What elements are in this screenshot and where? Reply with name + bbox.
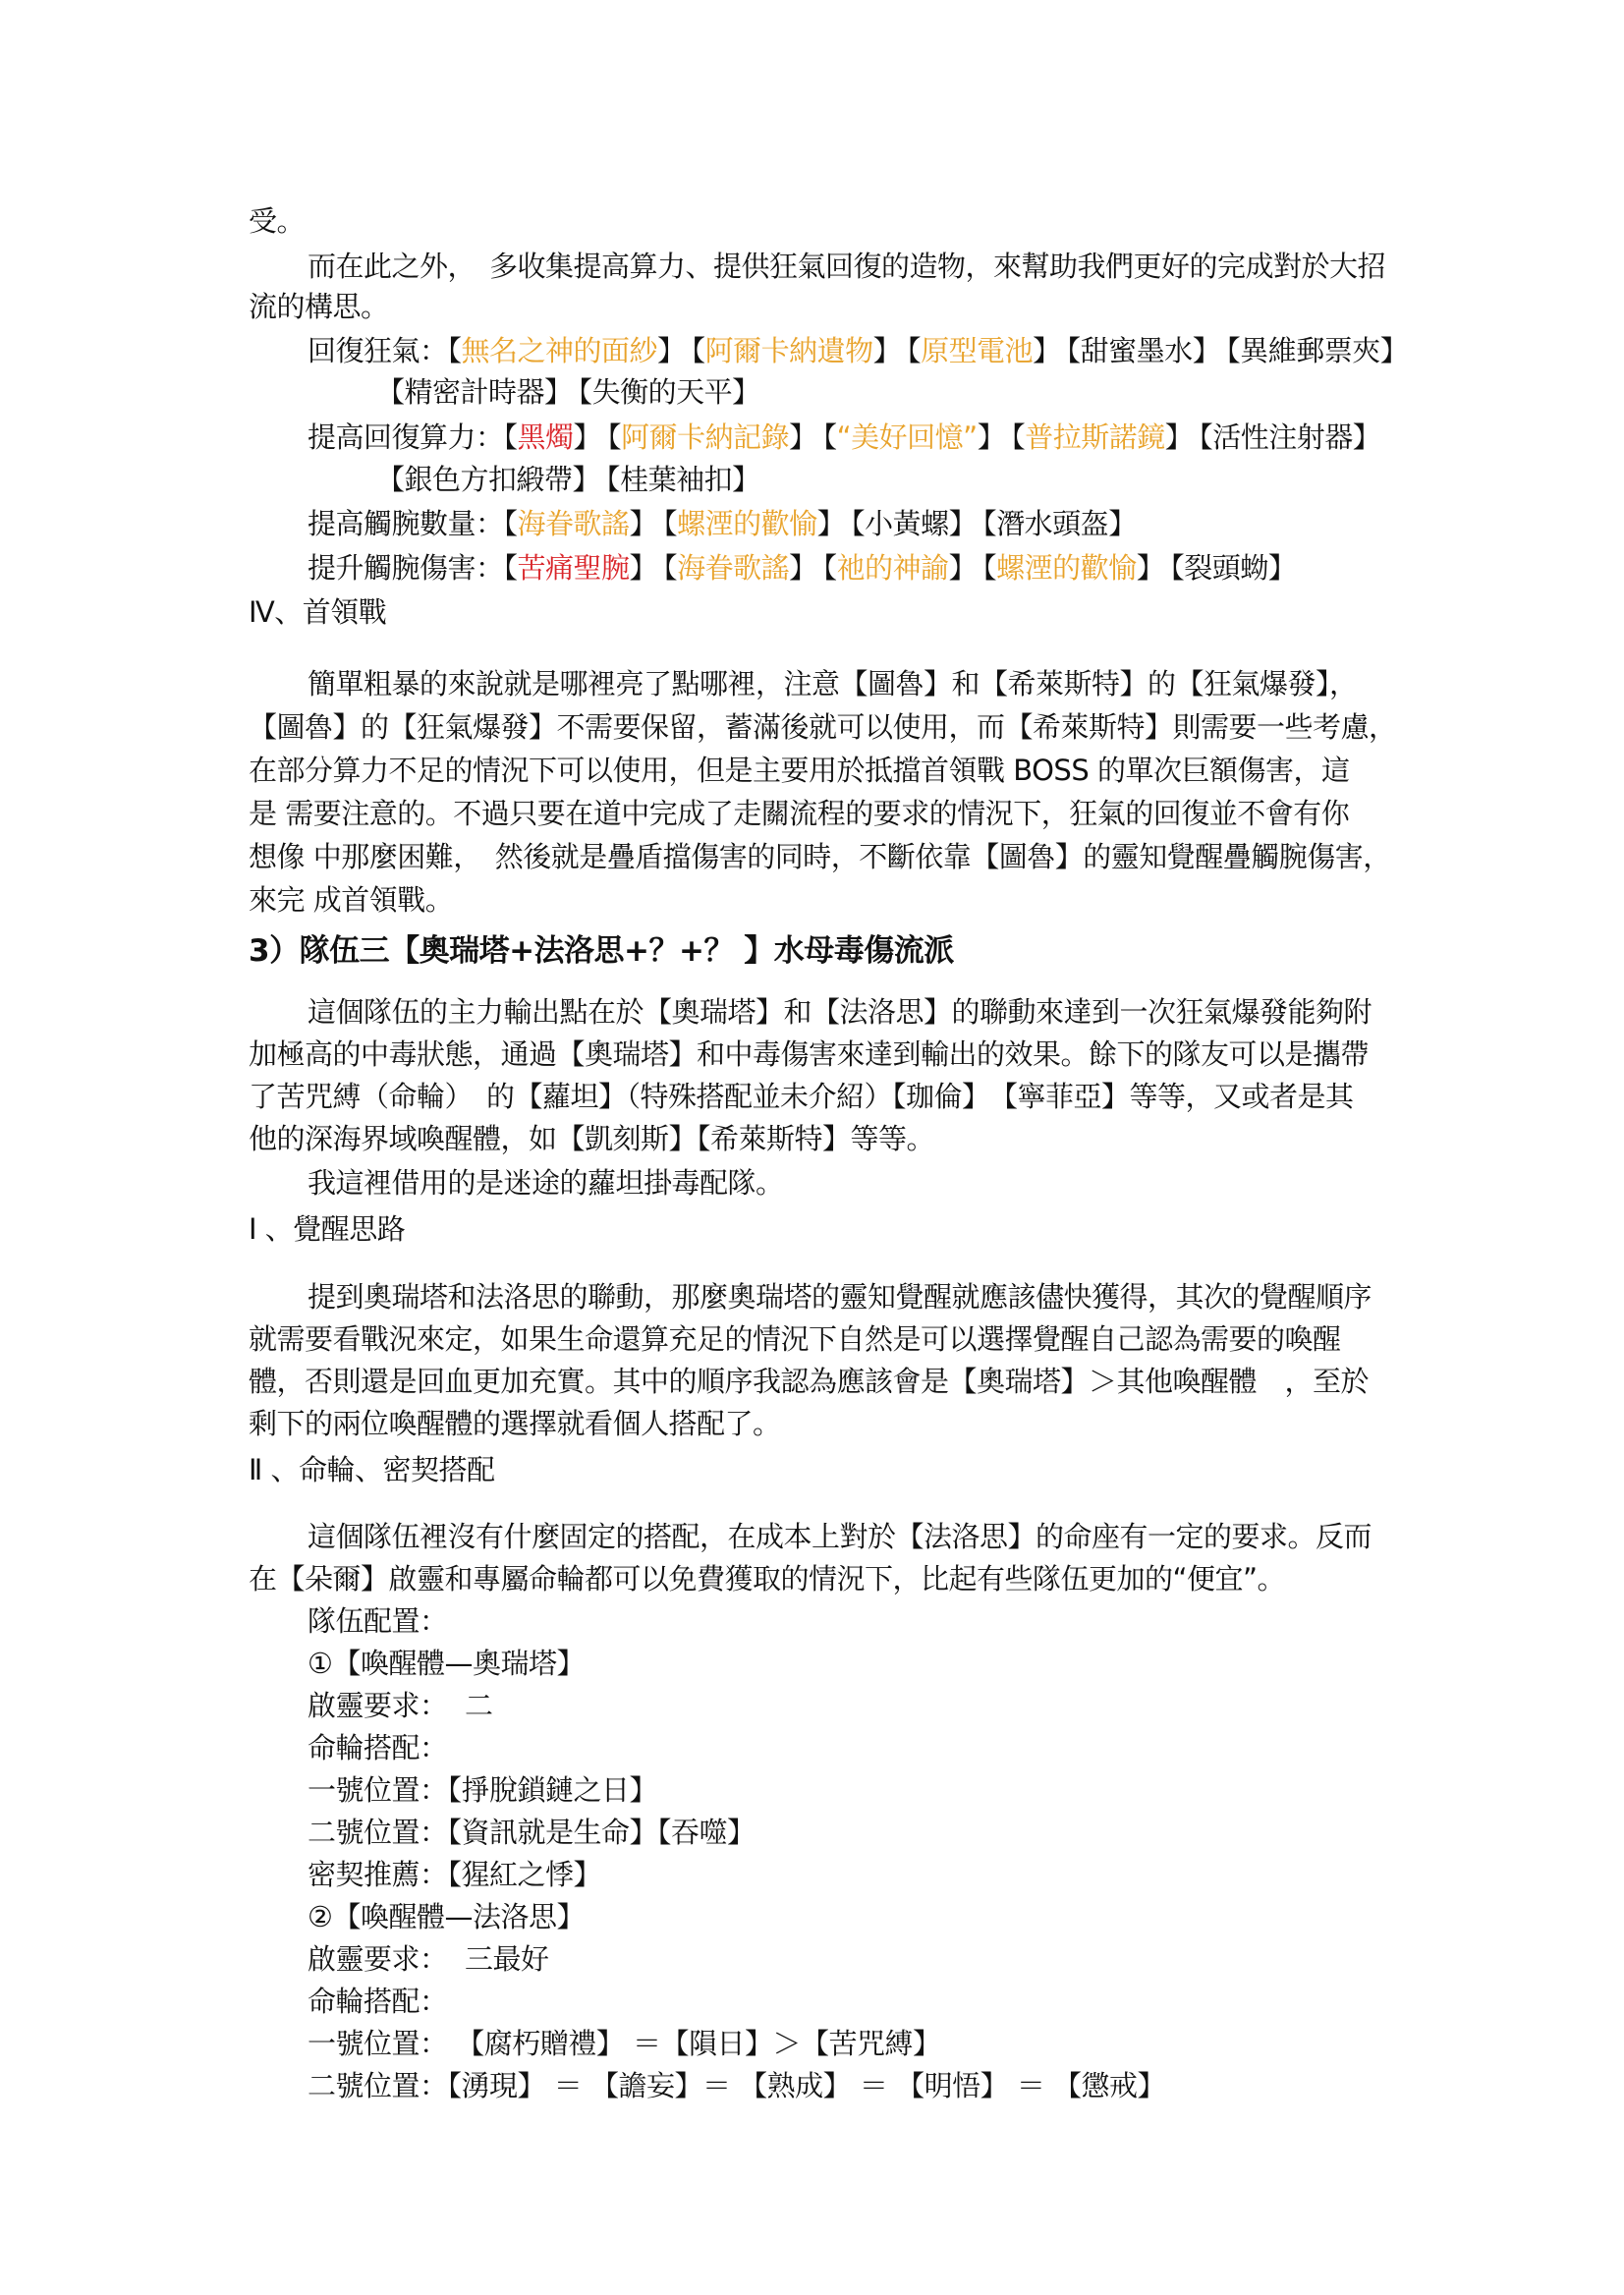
team3-intro-line: 了苦咒縛（命輪） 的【蘿坦】（特殊搭配並未介紹）【珈倫】 【寧菲亞】等等，又或者… [249, 1077, 1354, 1116]
member-wheel-label: 命輪搭配： [308, 1982, 448, 2021]
section-i-title: Ⅰ 、覺醒思路 [249, 1209, 405, 1249]
list-item: 【異維郵票夾】 [1226, 334, 1408, 367]
section-iv-line: 是 需要注意的。不過只要在道中完成了走關流程的要求的情況下，狂氣的回復並不會有你 [249, 794, 1349, 833]
member-awaken: 啟靈要求： 三最好 [308, 1939, 548, 1979]
list-item: 【黑燭】 [504, 420, 602, 454]
section-i-line: 剩下的兩位喚醒體的選擇就看個人搭配了。 [249, 1404, 781, 1443]
list-tentacle-count: 提高觸腕數量：【海眷歌謠】【螺湮的歡愉】【小黃螺】【潛水頭盔】 [308, 504, 1143, 543]
section-iv-line: 來完 成首領戰。 [249, 880, 453, 920]
list-item: 【祂的神諭】 [823, 551, 978, 585]
intro-tail: 受。 [249, 201, 305, 241]
list-label: 提升觸腕傷害： [308, 551, 504, 585]
team3-intro-line: 加極高的中毒狀態，通過【奧瑞塔】和中毒傷害來達到輸出的效果。餘下的隊友可以是攜帶 [249, 1035, 1369, 1074]
list-item: 【裂頭蚴】 [1170, 551, 1296, 585]
list-item: 【甜蜜墨水】 [1067, 334, 1221, 367]
list-raise-compute: 提高回復算力：【黑燭】【阿爾卡納記錄】【“美好回憶”】【普拉斯諾鏡】【活性注射器… [308, 418, 1386, 457]
section-iv-title: Ⅳ、首領戰 [249, 592, 386, 632]
intro-paragraph-line-2: 流的構思。 [249, 287, 389, 326]
list-item: 【無名之神的面紗】 [448, 334, 686, 367]
member-slot1: 一號位置： 【腐朽贈禮】 ＝【隕日】＞【苦咒縛】 [308, 2024, 940, 2063]
list-item: 【桂葉袖扣】 [606, 463, 760, 496]
member-awaken: 啟靈要求： 二 [308, 1686, 492, 1725]
section-iv-line: 簡單粗暴的來說就是哪裡亮了點哪裡，注意【圖魯】和【希萊斯特】的【狂氣爆發】， [308, 664, 1358, 703]
list-item: 【小黃螺】 [851, 507, 977, 540]
list-item: 【阿爾卡納遺物】 [692, 334, 902, 367]
intro-paragraph-line-1: 而在此之外， 多收集提高算力、提供狂氣回復的造物，來幫助我們更好的完成對於大招 [308, 247, 1385, 286]
member-title: ②【喚醒體—法洛思】 [308, 1897, 585, 1936]
section-i-line: 就需要看戰況來定，如果生命還算充足的情況下自然是可以選擇覺醒自己認為需要的喚醒 [249, 1319, 1341, 1359]
section-i-line: 體，否則還是回血更加充實。其中的順序我認為應該會是【奧瑞塔】＞其他喚醒體 ，至於 [249, 1362, 1369, 1401]
team3-intro-line: 這個隊伍的主力輸出點在於【奧瑞塔】和【法洛思】的聯動來達到一次狂氣爆發能夠附 [308, 992, 1372, 1032]
list-label: 回復狂氣： [308, 334, 448, 367]
member-slot2: 二號位置：【湧現】 ＝ 【譫妄】＝ 【熟成】 ＝ 【明悟】 ＝ 【懲戒】 [308, 2066, 1165, 2105]
team3-intro-line: 他的深海界域喚醒體，如【凱刻斯】【希萊斯特】等等。 [249, 1119, 934, 1158]
member-slot2: 二號位置：【資訊就是生命】【吞噬】 [308, 1813, 756, 1852]
list-item: 【活性注射器】 [1199, 420, 1380, 454]
section-i-line: 提到奧瑞塔和法洛思的聯動，那麼奧瑞塔的靈知覺醒就應該儘快獲得，其次的覺醒順序 [308, 1277, 1372, 1316]
member-wheel-label: 命輪搭配： [308, 1728, 448, 1767]
section-iv-line: 在部分算力不足的情況下可以使用，但是主要用於抵擋首領戰 BOSS 的單次巨額傷害… [249, 751, 1349, 790]
list-recover-madness: 回復狂氣：【無名之神的面紗】【阿爾卡納遺物】【原型電池】【甜蜜墨水】【異維郵票夾… [308, 331, 1414, 370]
section-iv-line: 想像 中那麼困難， 然後就是疊盾擋傷害的同時，不斷依靠【圖魯】的靈知覺醒疊觸腕傷… [249, 837, 1391, 876]
team-config-label: 隊伍配置： [308, 1601, 448, 1641]
list-item: 【潛水頭盔】 [982, 507, 1137, 540]
list-recover-madness-cont: 【精密計時器】【失衡的天平】 [376, 372, 766, 412]
member-slot1: 一號位置：【掙脫鎖鏈之日】 [308, 1770, 657, 1810]
team3-heading: 3）隊伍三【奧瑞塔+法洛思+？+？ 】水母毒傷流派 [249, 931, 954, 971]
list-item: 【海眷歌謠】 [663, 551, 817, 585]
list-item: 【螺湮的歡愉】 [982, 551, 1164, 585]
list-item: 【螺湮的歡愉】 [663, 507, 845, 540]
section-ii-line: 這個隊伍裡沒有什麼固定的搭配，在成本上對於【法洛思】的命座有一定的要求。反而 [308, 1517, 1372, 1556]
list-item: 【原型電池】 [907, 334, 1061, 367]
list-raise-compute-cont: 【銀色方扣緞帶】【桂葉袖扣】 [376, 460, 766, 499]
section-ii-line: 在【朵爾】啟靈和專屬命輪都可以免費獲取的情況下，比起有些隊伍更加的“便宜”。 [249, 1559, 1285, 1598]
member-title: ①【喚醒體—奧瑞塔】 [308, 1644, 585, 1683]
list-tentacle-damage: 提升觸腕傷害：【苦痛聖腕】【海眷歌謠】【祂的神諭】【螺湮的歡愉】【裂頭蚴】 [308, 548, 1302, 588]
team3-borrow-line: 我這裡借用的是迷途的蘿坦掛毒配隊。 [308, 1163, 784, 1203]
list-item: 【“美好回憶”】 [823, 420, 1006, 454]
list-label: 提高觸腕數量： [308, 507, 504, 540]
list-item: 【阿爾卡納記錄】 [607, 420, 817, 454]
list-item: 【普拉斯諾鏡】 [1011, 420, 1193, 454]
list-item: 【苦痛聖腕】 [504, 551, 658, 585]
member-pact: 密契推薦：【猩紅之悸】 [308, 1855, 601, 1894]
section-ii-title: Ⅱ 、命輪、密契搭配 [249, 1450, 495, 1489]
list-item: 【精密計時器】 [376, 375, 573, 409]
list-item: 【失衡的天平】 [579, 375, 760, 409]
list-item: 【海眷歌謠】 [504, 507, 658, 540]
list-label: 提高回復算力： [308, 420, 504, 454]
list-item: 【銀色方扣緞帶】 [376, 463, 600, 496]
section-iv-line: 【圖魯】的【狂氣爆發】不需要保留，蓄滿後就可以使用，而【希萊斯特】則需要一些考慮… [249, 707, 1397, 747]
